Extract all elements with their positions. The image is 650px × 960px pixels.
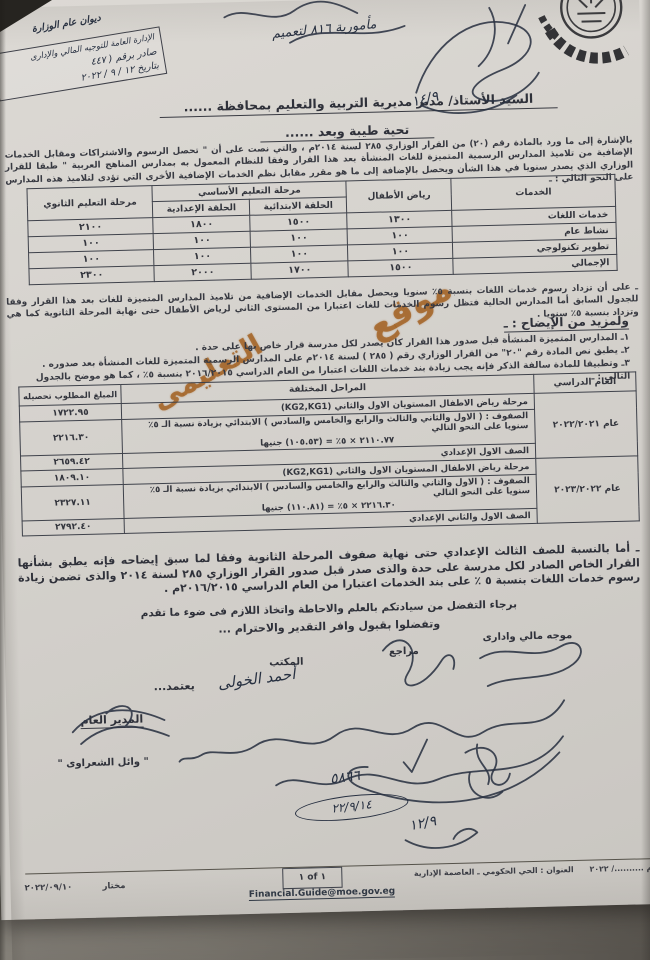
clarification-title: ولمزيد من الإيضاح : ـ [503,314,629,333]
amount-value: ٢٧٩٢.٤٠ [22,518,124,535]
yearly-amounts-table: العام الدراسي المراحل المختلفة المبلغ ال… [18,371,639,536]
handwritten-bottom-date: ١٢/٩ [408,813,438,834]
footer-name: مختار [102,881,125,892]
signature-label-reviewer: مراجع [389,646,419,658]
col-kindergarten: رياض الأطفال [346,178,452,213]
handwritten-mission-note: مأمورية ٨١٦ لتعميم [271,17,377,42]
approved-label: يعتمد... [154,679,195,693]
handwritten-flow-line-1 [178,700,565,761]
amount-value: ٢٢١٦.٣٠ [20,419,123,455]
incoming-stamp-box: الإدارة العامة للتوجيه المالي والإدارى ص… [0,26,167,101]
footer-email: Financial.Guide@moe.gov.eg [249,886,396,901]
stamp-bureau-line: ديوان عام الوزارة [31,13,102,35]
document-page: موقع التعليمى ديوان عام الوزارة الإدارة … [0,0,650,960]
ministry-emblem-icon [526,0,645,85]
closing-paragraph: ـ أما بالنسبة للصف الثالث الإعدادي حتى ن… [17,541,640,600]
amount-value: ٢٣٢٧.١١ [21,484,124,520]
top-signature-strokes [477,5,526,66]
col-secondary: مرحلة التعليم الثانوي [27,186,153,221]
handwritten-office-name: أحمد الخولى [217,665,297,693]
col-services: الخدمات [451,174,615,210]
col-amount: المبلغ المطلوب تحصيله [19,384,121,405]
paper-sheet: موقع التعليمى ديوان عام الوزارة الإدارة … [0,0,650,920]
handwritten-number: ٥٨٦٦ [329,768,361,788]
footer-date: ٢٠٢٢/٠٩/١٠ [24,882,72,893]
general-manager-title: المدير العام [80,713,143,730]
footer-address: العنوان : الحي الحكومي ـ العاصمة الإداري… [414,865,574,878]
fee-primary: ١٧٠٠ [251,261,348,279]
col-academic-year: العام الدراسي [534,372,636,393]
fee-kg: ١٥٠٠ [348,258,454,277]
handwritten-circled-date: ٢٢/٩/١٤ [294,789,410,826]
check-mark-scribble [403,740,428,773]
handwritten-flow-line-2 [275,736,564,787]
general-manager-name: " وائل الشعراوى " [57,756,148,769]
academic-year: عام ٢٠٢٢/٢٠٢١ [534,391,638,458]
academic-year: عام ٢٠٢٣/٢٠٢٢ [536,456,640,523]
footer-serial: م ........../ ٢٠٢٢ [589,863,650,874]
services-fees-table: الخدمات رياض الأطفال مرحلة التعليم الأسا… [26,174,617,285]
finance-signature-scribble [480,643,582,687]
fee-prep: ٢٠٠٠ [154,263,251,281]
signature-label-finance-supervisor: موجه مالي وادارى [482,630,572,643]
bottom-stamp-scribble [465,744,510,799]
page-number-box: ١ of ١ [282,867,342,889]
addressee-line: السيد الأستاذ/ مدير مديرية التربية والتع… [159,90,557,118]
fee-secondary: ٢٣٠٠ [29,266,155,285]
service-name: الإجمالي [453,254,617,274]
